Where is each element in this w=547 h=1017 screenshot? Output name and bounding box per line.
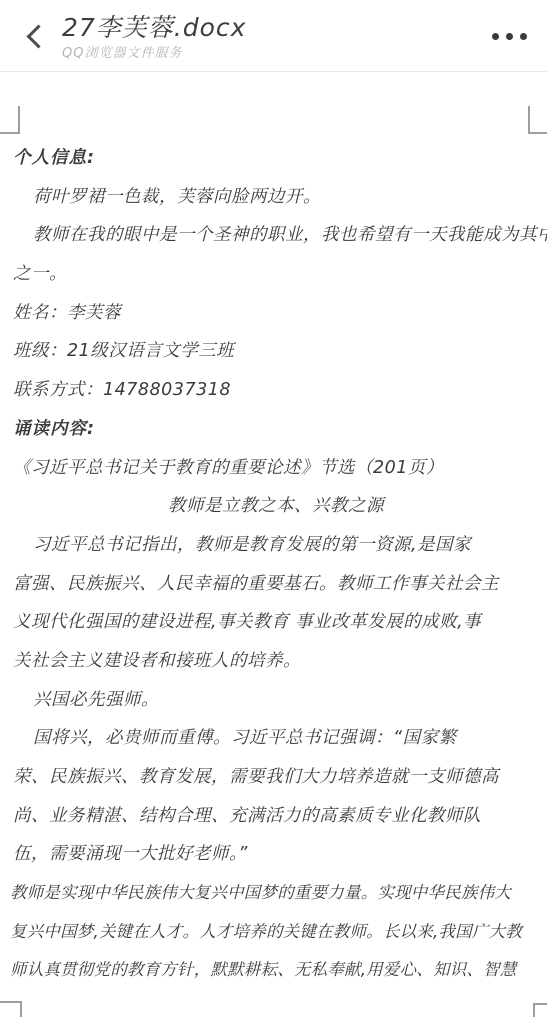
doc-line: 教师是实现中华民族伟大复兴中国梦的重要力量。实现中华民族伟大 bbox=[10, 874, 539, 913]
doc-field-class: 班级：21级汉语言文学三班 bbox=[13, 332, 539, 371]
page-corner-mark-bottom-right bbox=[533, 1003, 547, 1017]
file-title: 27李芙蓉.docx bbox=[62, 12, 246, 44]
qq-browser-file-viewer: 27李芙蓉.docx QQ浏览器文件服务 个人信息: 荷叶罗裙一色裁，芙蓉向脸两… bbox=[0, 0, 547, 1017]
doc-line: 尚、业务精湛、结构合理、充满活力的高素质专业化教师队 bbox=[13, 797, 539, 836]
doc-line: 之一。 bbox=[13, 255, 539, 294]
doc-field-phone: 联系方式：14788037318 bbox=[13, 371, 539, 410]
doc-field-name: 姓名：李芙蓉 bbox=[13, 294, 539, 333]
header-titles: 27李芙蓉.docx QQ浏览器文件服务 bbox=[62, 10, 246, 62]
header: 27李芙蓉.docx QQ浏览器文件服务 bbox=[0, 0, 547, 72]
doc-line: 师认真贯彻党的教育方针，默默耕耘、无私奉献,用爱心、知识、智慧 bbox=[10, 951, 539, 990]
document-content: 个人信息: 荷叶罗裙一色裁，芙蓉向脸两边开。 教师在我的眼中是一个圣神的职业，我… bbox=[0, 72, 547, 990]
doc-heading-personal-info: 个人信息: bbox=[13, 139, 539, 178]
doc-line: 荣、民族振兴、教育发展，需要我们大力培养造就一支师德高 bbox=[13, 758, 539, 797]
doc-line: 关社会主义建设者和接班人的培养。 bbox=[13, 642, 539, 681]
doc-line: 富强、民族振兴、人民幸福的重要基石。教师工作事关社会主 bbox=[13, 565, 539, 604]
doc-line: 复兴中国梦,关键在人才。人才培养的关键在教师。长以来,我国广大教 bbox=[10, 913, 539, 952]
file-service-label: QQ浏览器文件服务 bbox=[62, 45, 246, 62]
page-corner-mark-bottom-left bbox=[0, 1001, 22, 1017]
doc-line: 《习近平总书记关于教育的重要论述》节选（201页） bbox=[13, 449, 539, 488]
doc-line: 国将兴，必贵师而重傅。习近平总书记强调：“国家繁 bbox=[13, 719, 539, 758]
doc-line: 教师在我的眼中是一个圣神的职业，我也希望有一天我能成为其中 bbox=[13, 216, 539, 255]
ellipsis-icon bbox=[492, 33, 499, 40]
doc-line: 义现代化强国的建设进程,事关教育 事业改革发展的成败,事 bbox=[13, 603, 539, 642]
chevron-left-icon bbox=[26, 24, 50, 48]
document-page: 个人信息: 荷叶罗裙一色裁，芙蓉向脸两边开。 教师在我的眼中是一个圣神的职业，我… bbox=[0, 72, 547, 1017]
doc-line: 习近平总书记指出，教师是教育发展的第一资源,是国家 bbox=[13, 526, 539, 565]
ellipsis-icon bbox=[506, 33, 513, 40]
more-menu-button[interactable] bbox=[485, 20, 533, 52]
doc-heading-reading-content: 诵读内容: bbox=[13, 410, 539, 449]
doc-centered-title: 教师是立教之本、兴教之源 bbox=[13, 487, 539, 526]
ellipsis-icon bbox=[520, 33, 527, 40]
doc-line: 伍，需要涌现一大批好老师。” bbox=[13, 835, 539, 874]
doc-line: 兴国必先强师。 bbox=[13, 681, 539, 720]
doc-line: 荷叶罗裙一色裁，芙蓉向脸两边开。 bbox=[13, 178, 539, 217]
back-button[interactable] bbox=[12, 10, 56, 62]
